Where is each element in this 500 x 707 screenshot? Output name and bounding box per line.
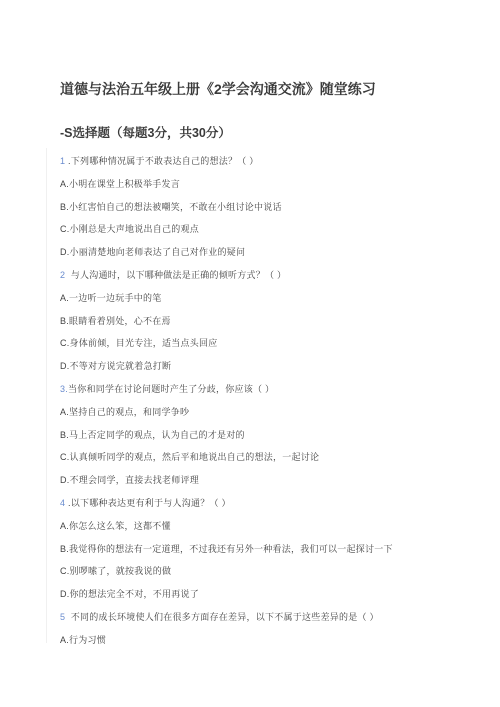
question-text: 当你和同学在讨论问题时产生了分歧，你应该（ ） <box>68 384 274 394</box>
question-text: 与人沟通时，以下哪种做法是正确的倾听方式？（ ） <box>71 270 287 280</box>
option-line: D.不等对方说完就着急打断 <box>60 355 455 378</box>
option-line: A.小明在课堂上积极举手发言 <box>60 173 455 196</box>
option-line: A.坚持自己的观点，和同学争吵 <box>60 401 455 424</box>
question-list: 1 .下列哪种情况属于不敢表达自己的想法？（ ） A.小明在课堂上积极举手发言 … <box>60 150 455 652</box>
question-line: 5 不同的成长环境使人们在很多方面存在差异，以下不属于这些差异的是（ ） <box>60 606 455 629</box>
section-heading: -S选择题（每题3分，共30分） <box>60 123 231 141</box>
document-title: 道德与法治五年级上册《2学会沟通交流》随堂练习 <box>60 79 376 99</box>
question-line: 2 与人沟通时，以下哪种做法是正确的倾听方式？（ ） <box>60 264 455 287</box>
option-line: C.身体前倾，目光专注，适当点头回应 <box>60 332 455 355</box>
question-line: 4 .以下哪种表达更有利于与人沟通？（ ） <box>60 492 455 515</box>
option-line: C.小刚总是大声地说出自己的观点 <box>60 218 455 241</box>
page-edge-line <box>46 148 47 643</box>
option-line: A.你怎么这么笨，这都不懂 <box>60 515 455 538</box>
question-line: 3.当你和同学在讨论问题时产生了分歧，你应该（ ） <box>60 378 455 401</box>
option-line: B.我觉得你的想法有一定道理，不过我还有另外一种看法，我们可以一起探讨一下 <box>60 538 455 561</box>
question-line: 1 .下列哪种情况属于不敢表达自己的想法？（ ） <box>60 150 455 173</box>
option-line: D.小丽清楚地向老师表达了自己对作业的疑问 <box>60 241 455 264</box>
option-line: C.认真倾听同学的观点，然后平和地说出自己的想法，一起讨论 <box>60 446 455 469</box>
option-line: B.小红害怕自己的想法被嘲笑，不敢在小组讨论中说话 <box>60 196 455 219</box>
question-number: 3. <box>60 384 68 394</box>
option-line: B.马上否定同学的观点，认为自己的才是对的 <box>60 424 455 447</box>
question-text: 下列哪种情况属于不敢表达自己的想法？（ ） <box>71 156 259 166</box>
option-line: B.眼睛看着别处，心不在焉 <box>60 310 455 333</box>
option-line: A.一边听一边玩手中的笔 <box>60 287 455 310</box>
option-line: D.不理会同学，直接去找老师评理 <box>60 469 455 492</box>
question-text: 不同的成长环境使人们在很多方面存在差异，以下不属于这些差异的是（ ） <box>71 612 379 622</box>
option-line: D.你的想法完全不对，不用再说了 <box>60 583 455 606</box>
question-text: 以下哪种表达更有利于与人沟通？（ ） <box>71 498 231 508</box>
option-line: A.行为习惯 <box>60 629 455 652</box>
option-line: C.别啰嗦了，就按我说的做 <box>60 560 455 583</box>
document-page: 道德与法治五年级上册《2学会沟通交流》随堂练习 -S选择题（每题3分，共30分）… <box>0 0 500 707</box>
